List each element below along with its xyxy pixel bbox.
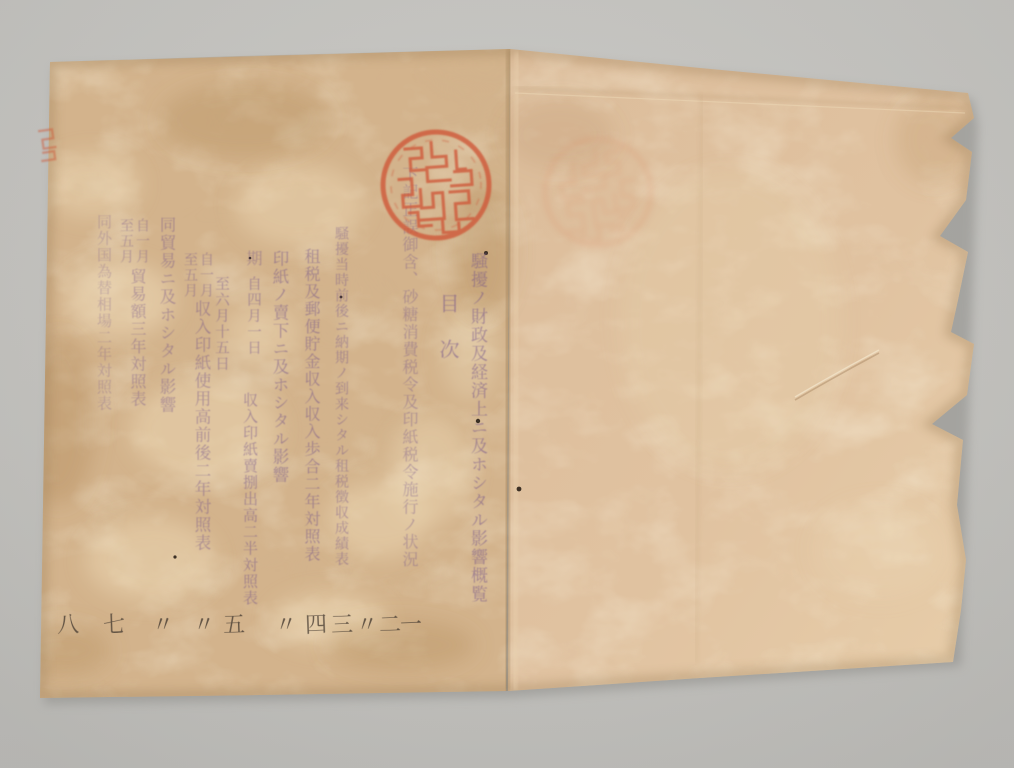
pencil-numeral: 〃 <box>151 608 174 640</box>
pencil-numeral: 五 <box>222 608 245 640</box>
photograph: 騒擾ノ財政及経済上ニ及ホシタル影響概覧目次下記正誤御含、砂糖消費税令及印紙税令施… <box>0 0 1014 768</box>
pencil-numeral: 四 <box>304 608 327 640</box>
pencil-numeral: 八 <box>56 608 79 640</box>
pencil-numeral: 〃 <box>274 608 297 640</box>
pencil-numeral: 七 <box>102 608 125 640</box>
pencil-numeral: 三 <box>330 608 353 640</box>
pencil-numeral-row: 八七〃〃五〃四三〃二一 <box>0 0 1014 768</box>
pencil-numeral: 〃 <box>355 608 378 640</box>
pencil-numeral: 二 <box>378 608 401 640</box>
pencil-numeral: 一 <box>399 608 422 640</box>
pencil-numeral: 〃 <box>192 608 215 640</box>
